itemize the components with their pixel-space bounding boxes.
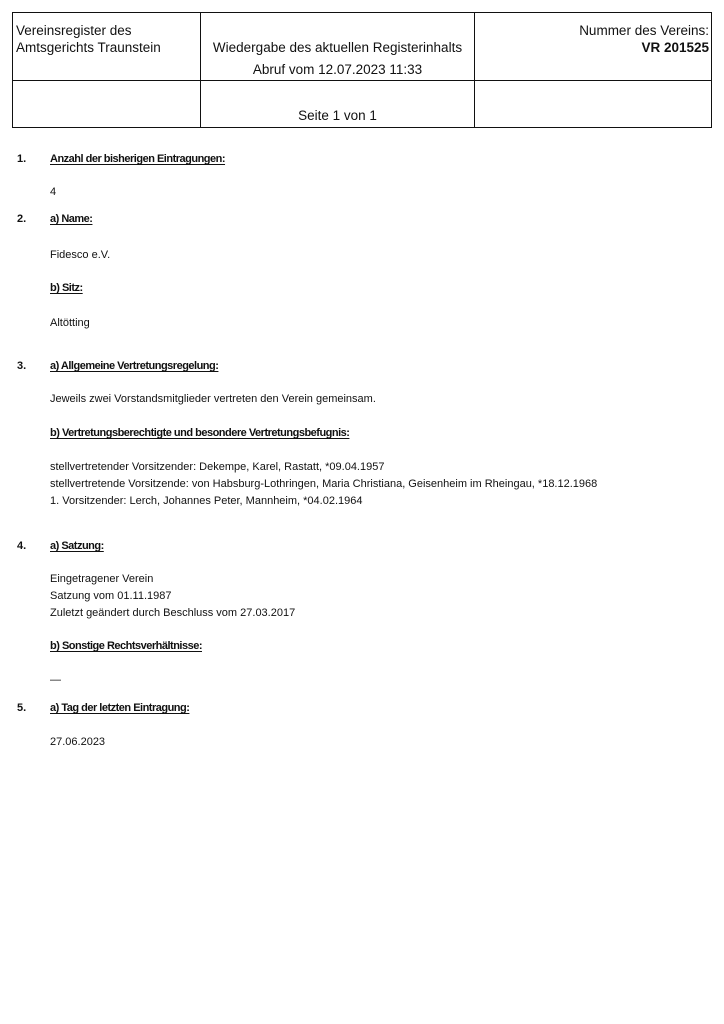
- retrieval-timestamp: Abruf vom 12.07.2023 11:33: [201, 61, 474, 78]
- section-1-number: 1.: [17, 153, 26, 165]
- association-name: Fidesco e.V.: [50, 247, 110, 264]
- association-seat: Altötting: [50, 315, 90, 332]
- section-4a-heading: a) Satzung:: [50, 540, 104, 552]
- section-2a-heading: a) Name:: [50, 213, 92, 225]
- last-entry-date: 27.06.2023: [50, 734, 105, 751]
- document-title: Wiedergabe des aktuellen Registerinhalts: [201, 39, 474, 56]
- representative-entry: stellvertretende Vorsitzende: von Habsbu…: [50, 476, 597, 493]
- representative-entry: 1. Vorsitzender: Lerch, Johannes Peter, …: [50, 493, 597, 510]
- section-1-heading: Anzahl der bisherigen Eintragungen:: [50, 153, 225, 165]
- section-2-number: 2.: [17, 213, 26, 225]
- entry-count: 4: [50, 184, 56, 201]
- representatives-list: stellvertretender Vorsitzender: Dekempe,…: [50, 459, 597, 510]
- representative-entry: stellvertretender Vorsitzender: Dekempe,…: [50, 459, 597, 476]
- register-header-table: Vereinsregister des Amtsgerichts Traunst…: [12, 12, 712, 128]
- other-legal-relations: —: [50, 672, 61, 689]
- association-number-value: VR 201525: [579, 39, 709, 56]
- court-name: Vereinsregister des Amtsgerichts Traunst…: [16, 22, 161, 56]
- representation-rule: Jeweils zwei Vorstandsmitglieder vertret…: [50, 391, 376, 408]
- court-line-2: Amtsgerichts Traunstein: [16, 39, 161, 56]
- section-4b-heading: b) Sonstige Rechtsverhältnisse:: [50, 640, 202, 652]
- column-divider: [474, 13, 475, 127]
- statute-details: Eingetragener Verein Satzung vom 01.11.1…: [50, 571, 295, 622]
- row-divider: [13, 80, 711, 81]
- section-3b-heading: b) Vertretungsberechtigte und besondere …: [50, 427, 349, 439]
- association-number-label: Nummer des Vereins:: [579, 22, 709, 39]
- statute-line: Zuletzt geändert durch Beschluss vom 27.…: [50, 605, 295, 622]
- section-2b-heading: b) Sitz:: [50, 282, 83, 294]
- section-5a-heading: a) Tag der letzten Eintragung:: [50, 702, 189, 714]
- section-3a-heading: a) Allgemeine Vertretungsregelung:: [50, 360, 218, 372]
- statute-line: Eingetragener Verein: [50, 571, 295, 588]
- statute-line: Satzung vom 01.11.1987: [50, 588, 295, 605]
- section-5-number: 5.: [17, 702, 26, 714]
- association-number: Nummer des Vereins: VR 201525: [579, 22, 709, 56]
- section-4-number: 4.: [17, 540, 26, 552]
- court-line-1: Vereinsregister des: [16, 22, 161, 39]
- section-3-number: 3.: [17, 360, 26, 372]
- page-number: Seite 1 von 1: [201, 107, 474, 124]
